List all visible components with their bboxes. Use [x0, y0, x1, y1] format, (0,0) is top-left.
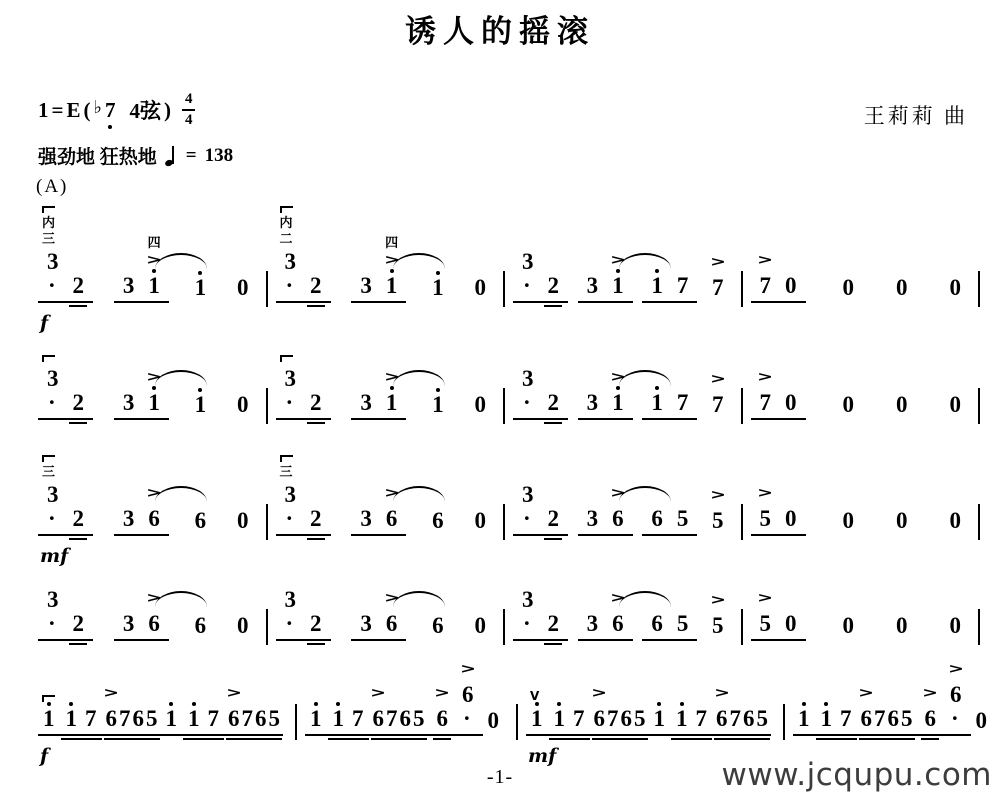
note-digit: 7 — [730, 707, 742, 731]
octave-dot-high — [169, 702, 173, 706]
bowing-position-marker — [42, 355, 55, 362]
octave-dot-high — [436, 271, 440, 275]
note: 3 — [580, 612, 606, 636]
octave-dot-high — [657, 702, 661, 706]
measure: 3·内二231>四10 — [268, 250, 504, 303]
note: 1 — [40, 707, 58, 731]
note: 3 — [580, 507, 606, 531]
note-group: 0 — [945, 614, 967, 641]
note: 1 — [550, 707, 570, 731]
note-group: 1 — [427, 393, 449, 420]
note-digit: 6 — [148, 507, 160, 531]
augmentation-dot: · — [47, 612, 57, 636]
note: 7> — [709, 276, 727, 300]
note: 0 — [234, 393, 252, 417]
note: 3· — [40, 588, 66, 636]
score-area: f3·内三231>四103·内二231>四103·231>177>7>00003… — [0, 0, 1000, 795]
note: 1V — [528, 707, 546, 731]
watermark: www.jcqupu.com — [722, 757, 992, 793]
note: 5 — [756, 707, 770, 731]
measure: f3·内三231>四10 — [30, 250, 266, 303]
accent-mark: > — [757, 486, 773, 499]
augmentation-dot: · — [47, 274, 57, 298]
note: 6 — [620, 707, 634, 731]
note-group: 3·2 — [38, 367, 93, 420]
note-group: 0 — [469, 614, 491, 641]
note: 6 — [644, 612, 670, 636]
note-group: 36> — [351, 507, 406, 536]
note: 7 — [81, 707, 101, 731]
measure: 5>0000 — [743, 507, 979, 536]
note-group: 1 — [38, 707, 60, 736]
note-group: 31> — [351, 391, 406, 420]
note: 0 — [471, 509, 489, 533]
note: 7 — [670, 274, 696, 298]
note-group: 31> — [578, 391, 633, 420]
note-digit: 0 — [950, 393, 962, 417]
accent-mark: > — [710, 488, 726, 501]
music-system: f1176>7651176>7651176>7656>6·>0mf1V176>7… — [30, 683, 980, 736]
note: 3 — [580, 391, 606, 415]
note-digit: 7 — [242, 707, 254, 731]
note: 5> — [709, 509, 727, 533]
note-group: 0 — [945, 393, 967, 420]
note: 3 — [580, 274, 606, 298]
note: 0 — [947, 614, 965, 638]
note-digit: 6 — [861, 707, 873, 731]
note-group: 7>0 — [751, 391, 806, 420]
note-group: 36> — [351, 612, 406, 641]
note-group: 36> — [114, 507, 169, 536]
note-digit: 6 — [148, 612, 160, 636]
note: 6 — [132, 707, 146, 731]
note: 7> — [709, 393, 727, 417]
note-digit: 0 — [488, 709, 500, 733]
string-position-mark: 内 — [42, 216, 55, 229]
note-digit: 1 — [386, 274, 398, 298]
note: 0 — [893, 509, 911, 533]
octave-dot-high — [152, 269, 156, 273]
note-digit: 7 — [760, 391, 772, 415]
note: 6> — [605, 612, 631, 636]
note: 5 — [633, 707, 647, 731]
note-digit: 1 — [651, 274, 663, 298]
octave-dot-high — [314, 702, 318, 706]
note: 0 — [234, 614, 252, 638]
measure: 3·231>10 — [268, 367, 504, 420]
note-digit: 7 — [573, 707, 585, 731]
string-position-mark: 内 — [280, 216, 293, 229]
note: 1> — [605, 274, 631, 298]
slur — [393, 253, 445, 269]
note-digit: 6 — [106, 707, 118, 731]
octave-dot-high — [616, 269, 620, 273]
slur — [155, 253, 207, 269]
note: 6·> — [943, 683, 969, 731]
accent-mark: > — [460, 662, 476, 675]
note: 1 — [429, 276, 447, 300]
octave-dot-high — [47, 702, 51, 706]
note: 5 — [412, 707, 426, 731]
note-digit: 7 — [696, 707, 708, 731]
down-bow-icon — [280, 206, 293, 213]
string-position-mark: 三 — [42, 232, 55, 245]
note-digit: 1 — [148, 391, 160, 415]
note-group: 17 — [182, 707, 225, 736]
note: 5 — [145, 707, 159, 731]
measure: 3·三236>60 — [268, 483, 504, 536]
note-digit: 2 — [73, 612, 85, 636]
note: 3 — [353, 612, 379, 636]
note-group: 3·内三2 — [38, 250, 93, 303]
note: 6> — [593, 707, 607, 731]
note: 2 — [541, 274, 567, 298]
note-digit: 0 — [474, 276, 486, 300]
barline — [978, 504, 980, 540]
note-digit: 3 — [360, 274, 372, 298]
measure: 3·231>177> — [505, 367, 741, 420]
note-digit: 3 — [47, 588, 59, 612]
note: 7> — [753, 391, 779, 415]
note-group: 1 — [190, 393, 212, 420]
note: 2 — [303, 391, 329, 415]
note: 3· — [515, 588, 541, 636]
note-group: 6 — [190, 614, 212, 641]
note-digit: 1 — [651, 391, 663, 415]
note-digit: 0 — [896, 393, 908, 417]
note-digit: 3 — [587, 274, 599, 298]
note: 7 — [348, 707, 368, 731]
note-group: 31>四 — [351, 274, 406, 303]
note: 0 — [947, 509, 965, 533]
measure: 1176>7656>6·>0 — [297, 683, 516, 736]
note: 5 — [268, 707, 282, 731]
note-digit: 0 — [474, 614, 486, 638]
note-group: 6>765 — [713, 707, 771, 736]
slur — [619, 253, 671, 269]
note-group: 0 — [891, 276, 913, 303]
note-digit: 7 — [85, 707, 97, 731]
slur — [619, 591, 671, 607]
note-digit: 6 — [950, 683, 962, 707]
note-group: 17 — [670, 707, 713, 736]
note-digit: 6 — [432, 614, 444, 638]
note-digit: 1 — [612, 274, 624, 298]
note: 7 — [241, 707, 255, 731]
note-group: 7> — [707, 276, 729, 303]
note-digit: 7 — [712, 393, 724, 417]
note: 3 — [353, 391, 379, 415]
note: 6 — [192, 509, 210, 533]
note-group: 0 — [232, 393, 254, 420]
down-bow-icon — [42, 206, 55, 213]
note: 0 — [778, 391, 804, 415]
note-digit: 5 — [712, 509, 724, 533]
note: 6 — [254, 707, 268, 731]
note-digit: 3 — [123, 507, 135, 531]
note: 7 — [569, 707, 589, 731]
measure: 3·236>655> — [505, 483, 741, 536]
octave-dot-high — [655, 386, 659, 390]
note-group: 6>6·> — [428, 683, 483, 736]
note-digit: 3 — [522, 483, 534, 507]
bowing-position-marker — [280, 355, 293, 362]
note-group: 0 — [469, 509, 491, 536]
down-bow-icon — [42, 455, 55, 462]
note-digit: 1 — [195, 393, 207, 417]
note: 7 — [204, 707, 224, 731]
note-digit: 0 — [474, 393, 486, 417]
note-group: 1 — [161, 707, 183, 736]
octave-dot-high — [192, 702, 196, 706]
measure: 5>0000 — [743, 612, 979, 641]
note: 1 — [184, 707, 204, 731]
note-group: 0 — [469, 393, 491, 420]
note-digit: 6 — [743, 707, 755, 731]
note: 7> — [753, 274, 779, 298]
note: 0 — [234, 509, 252, 533]
octave-dot-high — [802, 702, 806, 706]
note-group: 0 — [838, 393, 860, 420]
note-digit: 5 — [712, 614, 724, 638]
octave-dot-high — [557, 702, 561, 706]
augmentation-dot: · — [285, 274, 295, 298]
note-digit: 1 — [676, 707, 688, 731]
augmentation-dot: · — [285, 391, 295, 415]
note: 3 — [353, 274, 379, 298]
note: 3 — [116, 391, 142, 415]
note-digit: 3 — [285, 367, 297, 391]
note-digit: 3 — [285, 250, 297, 274]
note: 7 — [118, 707, 132, 731]
note-digit: 5 — [269, 707, 281, 731]
sixteenth-beam-tick — [544, 538, 562, 540]
barline — [978, 388, 980, 424]
note-group: 3·2 — [513, 588, 568, 641]
note: 7 — [692, 707, 712, 731]
note: 0 — [947, 393, 965, 417]
note-digit: 0 — [843, 276, 855, 300]
augmentation-dot: · — [285, 507, 295, 531]
note-group: 7> — [707, 393, 729, 420]
note-digit: 6 — [716, 707, 728, 731]
note: 2 — [66, 391, 92, 415]
note-group: 6>765 — [370, 707, 428, 736]
accent-mark: > — [757, 591, 773, 604]
note: 3· — [278, 367, 304, 415]
down-bow-icon — [280, 455, 293, 462]
note: 0 — [893, 614, 911, 638]
note-digit: 7 — [119, 707, 131, 731]
measure: 7>0000 — [743, 391, 979, 420]
note-digit: 1 — [821, 707, 833, 731]
note-group: 6>765 — [591, 707, 649, 736]
note-digit: 5 — [634, 707, 646, 731]
note-digit: 1 — [148, 274, 160, 298]
note: 0 — [893, 276, 911, 300]
note-group: 5> — [707, 614, 729, 641]
note: 1> — [379, 391, 405, 415]
note-digit: 2 — [73, 391, 85, 415]
note: 0 — [893, 393, 911, 417]
note: 7 — [670, 391, 696, 415]
note-group: 0 — [971, 709, 993, 736]
accent-mark: > — [226, 686, 242, 699]
bowing-position-marker: 三 — [42, 455, 55, 478]
bowing-position-marker — [42, 695, 55, 702]
note-digit: 0 — [843, 614, 855, 638]
measure: mf1V176>7651176>765 — [518, 707, 783, 736]
note-digit: 6 — [437, 707, 449, 731]
note: 7 — [606, 707, 620, 731]
note-group: 1 — [305, 707, 327, 736]
accent-mark: > — [591, 686, 607, 699]
note-group: 65 — [642, 612, 697, 641]
note: 6> — [372, 707, 386, 731]
note: 7 — [385, 707, 399, 731]
note-digit: 3 — [47, 483, 59, 507]
note: 2 — [541, 391, 567, 415]
note: 3· — [515, 483, 541, 531]
note: 1 — [307, 707, 325, 731]
note-digit: 3 — [360, 507, 372, 531]
note: 3 — [116, 507, 142, 531]
note-digit: 2 — [73, 507, 85, 531]
dynamic-mark: mf — [528, 745, 556, 767]
note-group: 31> — [114, 391, 169, 420]
note-digit: 0 — [237, 276, 249, 300]
note-digit: 2 — [548, 612, 560, 636]
down-bow-icon — [42, 355, 55, 362]
note: 5> — [753, 612, 779, 636]
note-group: 6 — [190, 509, 212, 536]
note: 3· — [515, 367, 541, 415]
note: 1 — [163, 707, 181, 731]
note-digit: 2 — [310, 391, 322, 415]
octave-dot-high — [390, 269, 394, 273]
note-digit: 3 — [47, 367, 59, 391]
note-digit: 1 — [66, 707, 78, 731]
note-digit: 6 — [612, 507, 624, 531]
octave-dot-high — [390, 386, 394, 390]
augmentation-dot: · — [950, 707, 960, 731]
note-digit: 1 — [195, 276, 207, 300]
sixteenth-beam-tick — [433, 738, 451, 740]
note-digit: 1 — [188, 707, 200, 731]
accent-mark: > — [858, 686, 874, 699]
note: 2 — [66, 507, 92, 531]
note-digit: 5 — [413, 707, 425, 731]
barline — [978, 609, 980, 645]
note-digit: 1 — [310, 707, 322, 731]
accent-mark: > — [757, 370, 773, 383]
octave-dot-high — [616, 386, 620, 390]
note: 0 — [778, 507, 804, 531]
note: 1 — [644, 391, 670, 415]
note: 6> — [379, 612, 405, 636]
note-group: 3·2 — [513, 483, 568, 536]
down-bow-icon — [42, 695, 55, 702]
sixteenth-beam-tick — [921, 738, 939, 740]
note: 3 — [116, 274, 142, 298]
up-bow-icon: V — [530, 690, 539, 702]
note: 1 — [651, 707, 669, 731]
note: 3· — [515, 250, 541, 298]
string-position-mark: 三 — [280, 465, 293, 478]
note-group: 3·2 — [513, 250, 568, 303]
note-group: 31> — [578, 274, 633, 303]
note-digit: 1 — [554, 707, 566, 731]
note-group: 0 — [891, 509, 913, 536]
slur — [155, 591, 207, 607]
note-group: 0 — [232, 614, 254, 641]
measure: f1176>7651176>765 — [30, 707, 295, 736]
note: 5 — [670, 507, 696, 531]
note-group: 17 — [327, 707, 370, 736]
augmentation-dot: · — [462, 707, 472, 731]
note: 3·内三 — [40, 250, 66, 298]
note-group: 5> — [707, 509, 729, 536]
note-digit: 7 — [760, 274, 772, 298]
note-group: 3·2 — [38, 588, 93, 641]
note-digit: 7 — [712, 276, 724, 300]
octave-dot-high — [198, 388, 202, 392]
note-digit: 2 — [310, 274, 322, 298]
note-group: 6>765 — [225, 707, 283, 736]
note: 1 — [795, 707, 813, 731]
note-digit: 3 — [360, 391, 372, 415]
note: 6> — [379, 507, 405, 531]
bowing-position-marker: V — [530, 690, 539, 702]
note: 6 — [192, 614, 210, 638]
note-group: 0 — [483, 709, 505, 736]
note: 1 — [817, 707, 837, 731]
note-digit: 6 — [462, 683, 474, 707]
string-position-mark: 三 — [42, 465, 55, 478]
note-digit: 6 — [594, 707, 606, 731]
note-digit: 1 — [798, 707, 810, 731]
note-digit: 7 — [677, 391, 689, 415]
note: 1 — [429, 393, 447, 417]
note-digit: 0 — [785, 391, 797, 415]
sixteenth-beam-tick — [307, 422, 325, 424]
note-digit: 7 — [677, 274, 689, 298]
note-group: 0 — [838, 509, 860, 536]
note-digit: 7 — [840, 707, 852, 731]
note-digit: 3 — [123, 612, 135, 636]
note-digit: 3 — [587, 612, 599, 636]
accent-mark: > — [710, 255, 726, 268]
note-digit: 1 — [612, 391, 624, 415]
note: 6·> — [455, 683, 481, 731]
note-digit: 0 — [474, 509, 486, 533]
note-digit: 1 — [43, 707, 55, 731]
note: 6> — [860, 707, 874, 731]
note-digit: 6 — [888, 707, 900, 731]
note-group: 0 — [945, 276, 967, 303]
sixteenth-beam-tick — [307, 643, 325, 645]
note-group: 5>0 — [751, 612, 806, 641]
note-group: 3·2 — [513, 367, 568, 420]
note-digit: 3 — [123, 391, 135, 415]
note-digit: 0 — [896, 614, 908, 638]
note-digit: 0 — [785, 507, 797, 531]
note: 1 — [644, 274, 670, 298]
slur — [155, 486, 207, 502]
note-digit: 5 — [760, 612, 772, 636]
note-digit: 6 — [400, 707, 412, 731]
note: 6> — [105, 707, 119, 731]
